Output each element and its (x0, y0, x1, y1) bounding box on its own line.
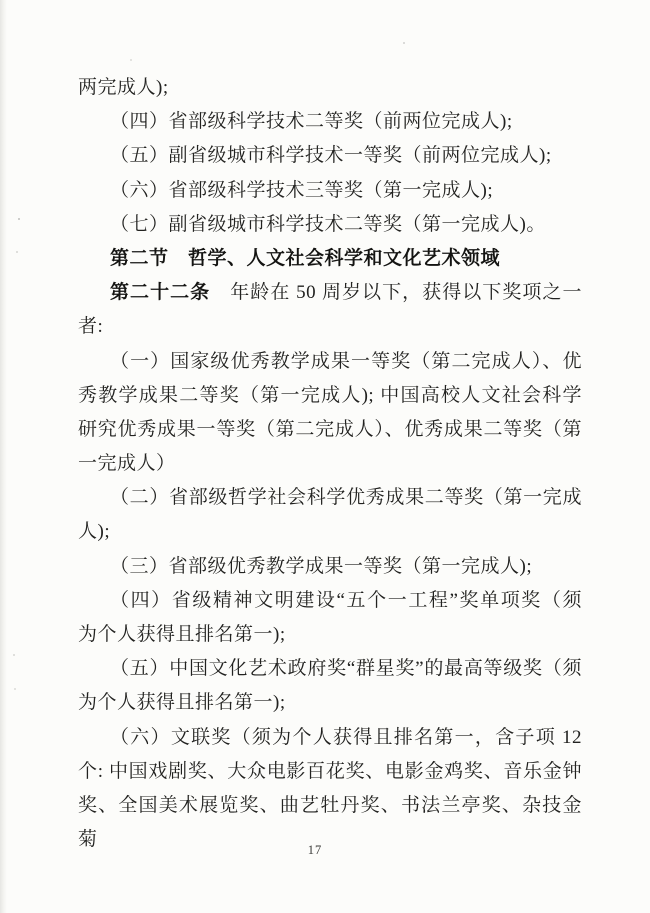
text-run: （六）文联奖（须为个人获得且排名第一，含子项 12 (110, 727, 582, 748)
text-run: （五）中国文化艺术政府奖“群星奖”的最高等级奖（须 (110, 658, 582, 679)
list-item: （七）副省级城市科学技术二等奖（第一完成人)。 (78, 208, 582, 242)
list-item: （四）省级精神文明建设“五个一工程”奖单项奖（须 (78, 584, 582, 618)
text-run: 一完成人） (78, 453, 176, 474)
list-item: （五）副省级城市科学技术一等奖（前两位完成人); (78, 139, 582, 173)
text-run: （四）省级精神文明建设“五个一工程”奖单项奖（须 (110, 590, 582, 611)
text-run: 为个人获得且排名第一); (78, 624, 286, 645)
body-line: 奖、全国美术展览奖、曲艺牡丹奖、书法兰亭奖、杂技金菊 (78, 789, 582, 823)
scan-speckle (403, 42, 405, 44)
scan-speckle (13, 654, 15, 656)
scan-edge-artifact (0, 0, 7, 913)
body-line: 为个人获得且排名第一); (78, 686, 582, 720)
scan-speckle (130, 59, 132, 61)
scan-speckle (14, 688, 16, 690)
scan-speckle (18, 218, 20, 220)
text-run: 研究优秀成果一等奖（第二完成人）、优秀成果二等奖（第 (78, 419, 582, 440)
list-item: （六）文联奖（须为个人获得且排名第一，含子项 12 (78, 721, 582, 755)
text-run: （一）国家级优秀教学成果一等奖（第二完成人）、优 (110, 351, 582, 372)
list-item: （四）省部级科学技术二等奖（前两位完成人); (78, 105, 582, 139)
emphasized-text-run: 第二节 哲学、人文社会科学和文化艺术领域 (110, 248, 500, 269)
body-line: 秀教学成果二等奖（第一完成人); 中国高校人文社会科学 (78, 379, 582, 413)
body-line: 个: 中国戏剧奖、大众电影百花奖、电影金鸡奖、音乐金钟 (78, 755, 582, 789)
text-run: 个: 中国戏剧奖、大众电影百花奖、电影金鸡奖、音乐金钟 (78, 761, 582, 782)
text-run: （三）省部级优秀教学成果一等奖（第一完成人); (110, 556, 532, 577)
text-run: 人); (78, 521, 110, 542)
body-line: 一完成人） (78, 447, 582, 481)
scan-speckle (16, 251, 18, 253)
text-run: （二）省部级哲学社会科学优秀成果二等奖（第一完成 (110, 487, 582, 508)
text-run: 为个人获得且排名第一); (78, 692, 286, 713)
section-heading: 第二节 哲学、人文社会科学和文化艺术领域 (78, 242, 582, 276)
text-run: （六）省部级科学技术三等奖（第一完成人); (110, 180, 493, 201)
text-run: （七）副省级城市科学技术二等奖（第一完成人)。 (110, 214, 546, 235)
body-line: 研究优秀成果一等奖（第二完成人）、优秀成果二等奖（第 (78, 413, 582, 447)
emphasized-text-run: 第二十二条 (110, 282, 210, 303)
body-line: 为个人获得且排名第一); (78, 618, 582, 652)
text-run: （四）省部级科学技术二等奖（前两位完成人); (110, 111, 513, 132)
text-run: 两完成人); (78, 77, 169, 98)
text-run: 奖、全国美术展览奖、曲艺牡丹奖、书法兰亭奖、杂技金菊 (78, 795, 582, 850)
list-item: （三）省部级优秀教学成果一等奖（第一完成人); (78, 550, 582, 584)
text-run: （五）副省级城市科学技术一等奖（前两位完成人); (110, 145, 552, 166)
list-item: （二）省部级哲学社会科学优秀成果二等奖（第一完成 (78, 481, 582, 515)
list-item: （一）国家级优秀教学成果一等奖（第二完成人）、优 (78, 345, 582, 379)
body-line: 两完成人); (78, 71, 582, 105)
list-item: （五）中国文化艺术政府奖“群星奖”的最高等级奖（须 (78, 652, 582, 686)
body-line: 人); (78, 515, 582, 549)
page-number: 17 (0, 843, 640, 858)
body-line: 者: (78, 310, 582, 344)
list-item: （六）省部级科学技术三等奖（第一完成人); (78, 174, 582, 208)
text-run: 秀教学成果二等奖（第一完成人); 中国高校人文社会科学 (78, 385, 582, 406)
text-run: 年龄在 50 周岁以下，获得以下奖项之一 (210, 282, 582, 303)
scanned-document-page: 两完成人);（四）省部级科学技术二等奖（前两位完成人);（五）副省级城市科学技术… (0, 0, 650, 913)
text-run: 者: (78, 316, 103, 337)
article-heading: 第二十二条 年龄在 50 周岁以下，获得以下奖项之一 (78, 276, 582, 310)
document-body: 两完成人);（四）省部级科学技术二等奖（前两位完成人);（五）副省级城市科学技术… (78, 71, 582, 823)
